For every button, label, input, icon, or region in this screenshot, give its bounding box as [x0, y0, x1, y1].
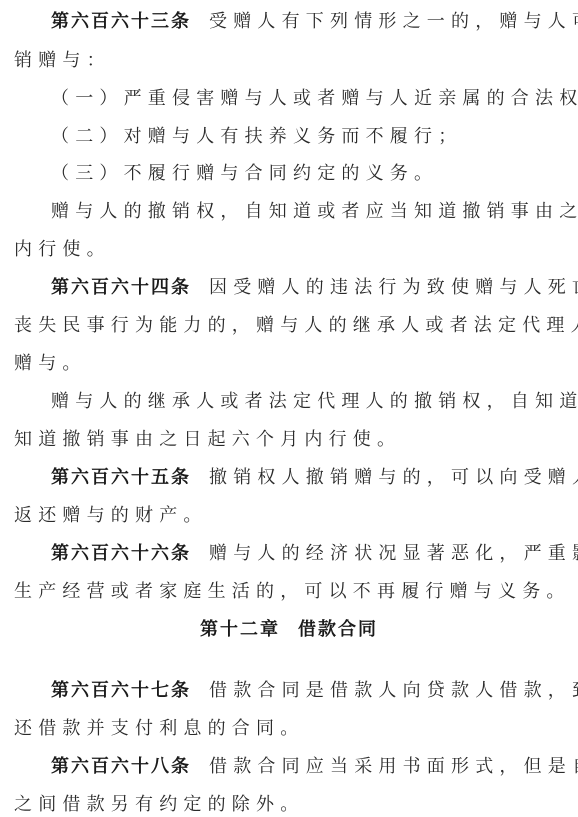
article-663-para-2-line-2: 内行使。	[14, 231, 566, 269]
document-page: 第六百六十三条受赠人有下列情形之一的，赠与人可以撤 销赠与： （一）严重侵害赠与…	[0, 0, 578, 817]
article-665-line-2: 返还赠与的财产。	[14, 497, 566, 535]
article-668-line-2: 之间借款另有约定的除外。	[14, 786, 566, 817]
chapter-heading: 第十二章借款合同	[0, 611, 578, 649]
article-text: 因受赠人的违法行为致使赠与人死亡或者	[209, 277, 578, 298]
article-664-line-1: 第六百六十四条因受赠人的违法行为致使赠与人死亡或者	[51, 269, 566, 307]
article-number: 第六百六十三条	[51, 11, 191, 32]
article-664-line-2: 丧失民事行为能力的，赠与人的继承人或者法定代理人可以撤销	[14, 307, 566, 345]
article-665-line-1: 第六百六十五条撤销权人撤销赠与的，可以向受赠人请求	[51, 459, 566, 497]
article-666-line-2: 生产经营或者家庭生活的，可以不再履行赠与义务。	[14, 573, 566, 611]
article-text: 借款合同是借款人向贷款人借款，到期返	[209, 680, 578, 701]
article-663-item-3: （三）不履行赠与合同约定的义务。	[51, 155, 566, 193]
article-number: 第六百六十四条	[51, 277, 191, 298]
article-number: 第六百六十五条	[51, 467, 191, 488]
article-text: 赠与人的经济状况显著恶化，严重影响其	[209, 543, 578, 564]
article-664-para-2-line-2: 知道撤销事由之日起六个月内行使。	[14, 421, 566, 459]
article-663-line-1: 第六百六十三条受赠人有下列情形之一的，赠与人可以撤	[51, 3, 566, 41]
article-664-para-2-line-1: 赠与人的继承人或者法定代理人的撤销权，自知道或者应当	[51, 383, 566, 421]
article-text: 受赠人有下列情形之一的，赠与人可以撤	[209, 11, 578, 32]
article-number: 第六百六十六条	[51, 543, 191, 564]
article-667-line-1: 第六百六十七条借款合同是借款人向贷款人借款，到期返	[51, 672, 566, 710]
article-663-item-1: （一）严重侵害赠与人或者赠与人近亲属的合法权益；	[51, 80, 566, 118]
chapter-title: 借款合同	[298, 619, 378, 640]
article-667-line-2: 还借款并支付利息的合同。	[14, 710, 566, 748]
article-number: 第六百六十七条	[51, 680, 191, 701]
article-664-line-3: 赠与。	[14, 345, 566, 383]
article-663-line-2: 销赠与：	[14, 42, 566, 80]
article-number: 第六百六十八条	[51, 756, 191, 777]
article-668-line-1: 第六百六十八条借款合同应当采用书面形式，但是自然人	[51, 748, 566, 786]
article-text: 借款合同应当采用书面形式，但是自然人	[209, 756, 578, 777]
article-text: 撤销权人撤销赠与的，可以向受赠人请求	[209, 467, 578, 488]
article-666-line-1: 第六百六十六条赠与人的经济状况显著恶化，严重影响其	[51, 535, 566, 573]
article-663-item-2: （二）对赠与人有扶养义务而不履行；	[51, 118, 566, 156]
article-663-para-2-line-1: 赠与人的撤销权，自知道或者应当知道撤销事由之日起一年	[51, 193, 566, 231]
chapter-number: 第十二章	[200, 619, 280, 640]
